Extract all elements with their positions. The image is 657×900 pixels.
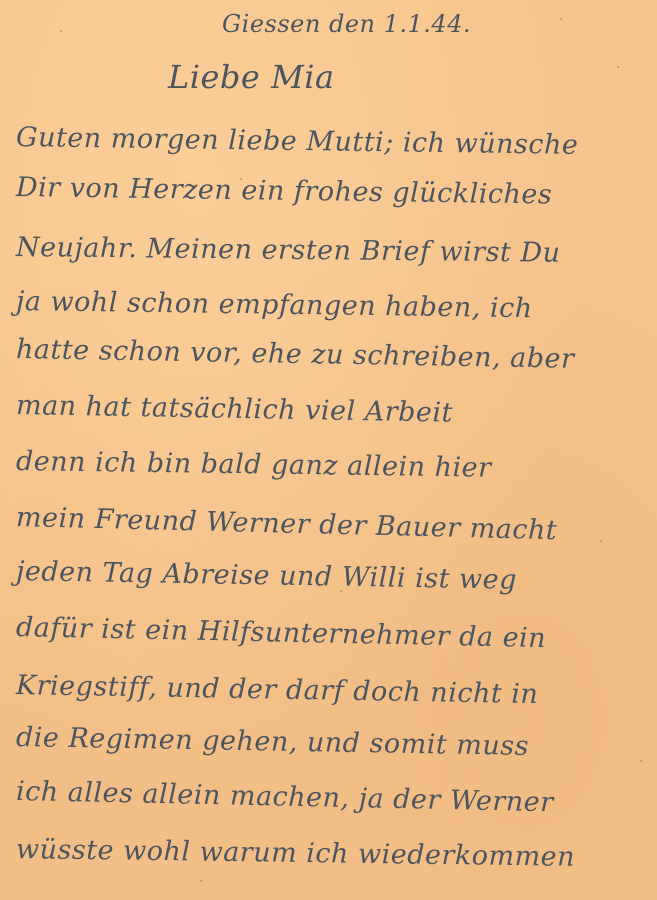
letter-line: Neujahr. Meinen ersten Brief wirst Du <box>16 232 561 269</box>
paper-speck <box>617 66 619 68</box>
date-line: Giessen den 1.1.44. <box>222 10 471 38</box>
paper-speck <box>640 760 642 762</box>
paper-speck <box>60 30 62 32</box>
paper-speck <box>600 540 602 542</box>
salutation: Liebe Mia <box>168 58 335 96</box>
paper-speck <box>560 18 562 20</box>
paper-speck <box>200 880 202 882</box>
letter-line: denn ich bin bald ganz allein hier <box>16 446 492 484</box>
